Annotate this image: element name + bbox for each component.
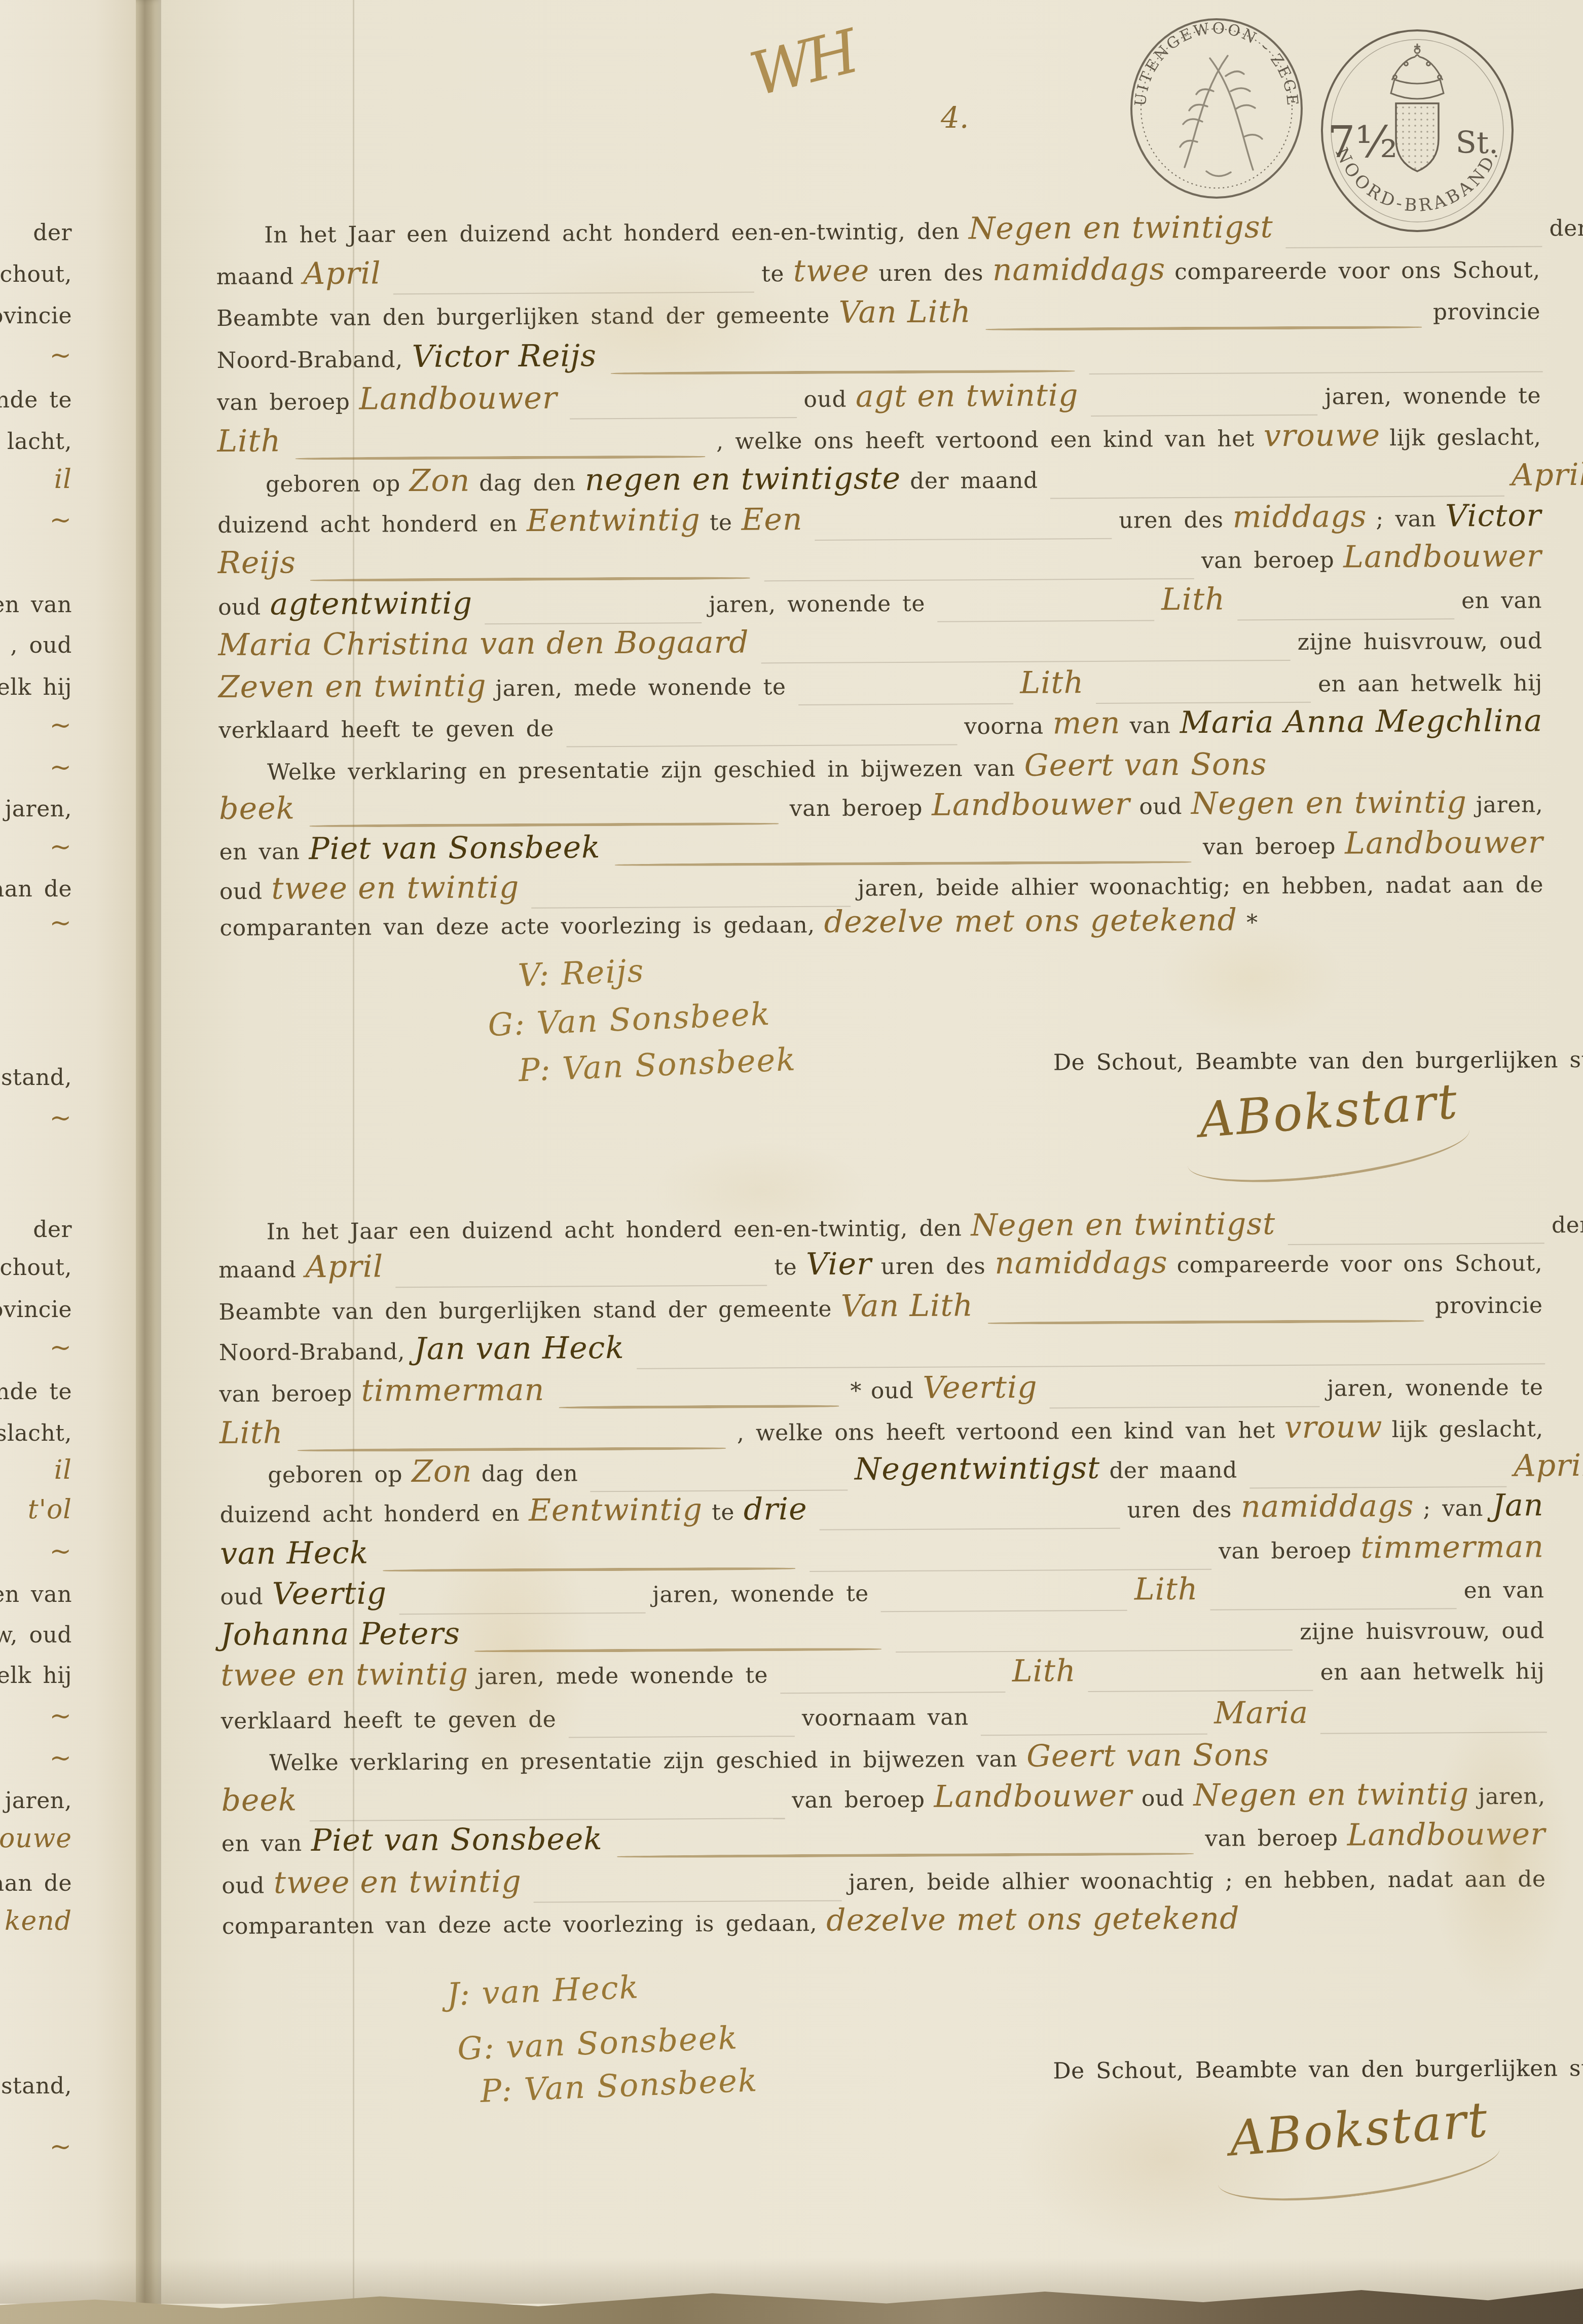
printed-text: uren des xyxy=(1127,1497,1232,1523)
margin-handwriting-fragment: ~ xyxy=(49,913,72,934)
handwritten-entry: Negen en twintigst xyxy=(971,1212,1275,1238)
margin-handwriting-fragment: ~ xyxy=(49,1108,72,1129)
ink-dash xyxy=(474,1647,881,1653)
form-line: verklaard heeft te geven devoornaam vanM… xyxy=(221,1699,1554,1744)
margin-handwriting-fragment: ~ xyxy=(49,345,72,366)
ruled-blank xyxy=(1320,1732,1547,1734)
margin-printed-fragment: lacht, xyxy=(7,429,72,455)
margin-printed-fragment: jaren, xyxy=(5,1788,72,1814)
printed-text: maand xyxy=(218,1257,296,1283)
form-line: In het Jaar een duizend acht honderd een… xyxy=(218,1210,1583,1255)
handwritten-entry: twee en twintig xyxy=(220,1662,468,1688)
form-line: oudtwee en twintigjaren, beide alhier wo… xyxy=(222,1864,1555,1908)
form-line: twee en twintigjaren, mede wonende teLit… xyxy=(220,1656,1554,1701)
handwritten-entry: namiddags xyxy=(1241,1494,1414,1519)
printed-text: en van xyxy=(222,1830,302,1857)
printed-text: dag den xyxy=(481,1460,578,1487)
printed-text: Beambte van den burgerlijken stand der g… xyxy=(218,1296,832,1325)
margin-handwriting-fragment: ~ xyxy=(49,510,72,531)
printed-text: jaren, beide alhier woonachtig ; en hebb… xyxy=(849,1866,1546,1895)
printed-text: uren des xyxy=(881,1253,986,1280)
margin-handwriting-fragment: il xyxy=(54,1460,72,1481)
margin-handwriting-fragment: ~ xyxy=(49,1541,72,1562)
printed-text: Welke verklaring en presentatie zijn ges… xyxy=(269,1746,1017,1776)
form-line: Johanna Peterszijne huisvrouw, oud xyxy=(220,1616,1554,1660)
printed-text: oud xyxy=(1142,1785,1185,1811)
printed-text: der maand xyxy=(1109,1457,1237,1484)
handwritten-entry: Johanna Peters xyxy=(220,1622,460,1647)
printed-text: jaren, wonende te xyxy=(1327,1374,1543,1401)
margin-printed-fragment: ovincie xyxy=(0,303,72,329)
handwritten-entry: dezelve met ons getekend xyxy=(826,1906,1240,1933)
margin-printed-fragment: der xyxy=(33,220,72,246)
form-line: van Heckvan beroeptimmerman xyxy=(220,1534,1553,1579)
handwritten-entry: Piet van Sonsbeek xyxy=(311,1827,603,1853)
ink-dash xyxy=(559,1405,839,1409)
ink-dash xyxy=(383,1567,795,1572)
handwritten-entry: Geert van Sons xyxy=(1026,1743,1269,1769)
handwritten-entry: vrouw xyxy=(1284,1415,1383,1440)
printed-text: oud xyxy=(222,1873,265,1899)
margin-printed-fragment: nde te xyxy=(0,1379,72,1405)
handwritten-entry: Vier xyxy=(806,1252,872,1277)
printed-text: jaren, wonende te xyxy=(652,1581,869,1607)
printed-text: en aan hetwelk hij xyxy=(1320,1658,1544,1685)
margin-printed-fragment: stand, xyxy=(1,2073,72,2099)
margin-handwriting-fragment: ~ xyxy=(49,1748,72,1769)
printed-text: oud xyxy=(220,1584,263,1610)
margin-handwriting-fragment: ouwe xyxy=(0,1828,72,1850)
handwritten-entry: Jan xyxy=(1492,1493,1544,1518)
margin-printed-fragment: stand, xyxy=(1,1065,72,1091)
printed-text: van beroep xyxy=(1219,1538,1352,1564)
handwritten-entry: Jan van Heck xyxy=(414,1336,624,1361)
ink-dash xyxy=(298,1447,726,1452)
printed-text: jaren, xyxy=(1478,1783,1545,1810)
handwritten-entry: Lith xyxy=(1012,1659,1076,1683)
binding-gutter xyxy=(136,0,161,2324)
ink-dash xyxy=(987,1320,1424,1325)
margin-printed-fragment: elk hij xyxy=(0,1663,72,1689)
printed-text: lijk geslacht, xyxy=(1391,1416,1543,1443)
printed-text: voornaam van xyxy=(802,1704,969,1731)
margin-printed-fragment: Schout, xyxy=(0,261,72,287)
ruled-blank xyxy=(310,1818,785,1821)
witness-signature: G: van Sonsbeek xyxy=(457,2019,739,2067)
handwritten-entry: beek xyxy=(221,1788,297,1813)
handwritten-entry: Landbouwer xyxy=(934,1784,1132,1809)
margin-handwriting-fragment: ~ xyxy=(49,837,72,858)
margin-printed-fragment: ovincie xyxy=(0,1297,72,1323)
ruled-blank xyxy=(896,1650,1293,1653)
handwritten-entry: Maria xyxy=(1214,1701,1308,1726)
form-line: en vanPiet van Sonsbeekvan beroepLandbou… xyxy=(222,1822,1555,1866)
handwritten-entry: Veertig xyxy=(272,1581,387,1606)
handwritten-entry: April xyxy=(1514,1453,1583,1478)
handwritten-entry: twee en twintig xyxy=(274,1869,522,1895)
margin-printed-fragment: aan de xyxy=(0,1870,72,1896)
handwritten-entry: Lith xyxy=(1134,1577,1198,1602)
facing-page-strip: derSchout,ovincie~nde telacht,il~en van,… xyxy=(0,0,136,2324)
handwritten-entry: Zon xyxy=(412,1459,472,1484)
margin-printed-fragment: en van xyxy=(0,1582,72,1607)
printed-text: ; van xyxy=(1423,1495,1483,1522)
margin-printed-fragment: der xyxy=(33,1217,72,1243)
handwritten-entry: Veertig xyxy=(923,1375,1037,1400)
margin-printed-fragment: w, oud xyxy=(0,1622,72,1648)
margin-handwriting-fragment: ~ xyxy=(49,1337,72,1359)
handwritten-entry: Negen en twintig xyxy=(1193,1782,1469,1808)
scanned-register-page: derSchout,ovincie~nde telacht,il~en van,… xyxy=(0,0,1583,2324)
printed-text: * xyxy=(850,1378,862,1404)
ruled-blank xyxy=(1050,1406,1320,1409)
ruled-blank xyxy=(1088,1690,1313,1692)
margin-handwriting-fragment: il xyxy=(54,469,72,491)
margin-printed-fragment: jaren, xyxy=(5,796,72,822)
ruled-blank xyxy=(820,1528,1120,1530)
handwritten-entry: drie xyxy=(744,1497,807,1522)
printed-text: In het Jaar een duizend acht honderd een… xyxy=(267,1215,962,1245)
margin-handwriting-fragment: ~ xyxy=(49,757,72,778)
form-line: duizend acht honderd enEentwintigtedrieu… xyxy=(219,1493,1553,1538)
handwritten-entry: Lith xyxy=(219,1420,283,1445)
form-line: Beambte van den burgerlijken stand der g… xyxy=(218,1290,1552,1335)
form-line: Noord-Braband,Jan van Heck xyxy=(219,1331,1552,1375)
printed-text: oud xyxy=(871,1378,914,1404)
printed-text: van beroep xyxy=(792,1787,925,1813)
ruled-blank xyxy=(881,1610,1127,1613)
handwritten-entry: Eentwintig xyxy=(529,1497,703,1523)
margin-handwriting-fragment: t'ol xyxy=(28,1500,72,1521)
official-signature: ABokstart xyxy=(1228,2091,1491,2167)
printed-text: verklaard heeft te geven de xyxy=(221,1707,557,1734)
witness-signature: P: Van Sonsbeek xyxy=(480,2061,758,2110)
facing-page-fragments: derSchout,ovincie~nde telacht,il~en van,… xyxy=(0,0,76,2324)
handwritten-entry: April xyxy=(305,1254,383,1279)
printed-text: te xyxy=(774,1254,797,1280)
printed-text: van beroep xyxy=(219,1381,352,1407)
ruled-blank xyxy=(395,1285,767,1288)
printed-text: geboren op xyxy=(268,1461,402,1488)
printed-text: der xyxy=(1552,1212,1583,1238)
margin-printed-fragment: aan de xyxy=(0,876,72,902)
ruled-blank xyxy=(780,1692,1005,1694)
ruled-blank xyxy=(590,1490,848,1492)
handwritten-entry: timmerman xyxy=(361,1378,545,1403)
form-line: oudVeertigjaren, wonende teLithen van xyxy=(220,1575,1553,1620)
ruled-blank xyxy=(1210,1608,1457,1610)
handwritten-entry: namiddags xyxy=(995,1250,1168,1276)
printed-text: Noord-Braband, xyxy=(219,1339,405,1366)
witness-signature: J: van Heck xyxy=(446,1968,640,2013)
form-line: comparanten van deze acte voorlezing is … xyxy=(222,1904,1555,1949)
printed-text: zijne huisvrouw, oud xyxy=(1300,1618,1544,1645)
margin-printed-fragment: slacht, xyxy=(0,1420,72,1446)
margin-handwriting-fragment: ~ xyxy=(49,1706,72,1727)
printed-text: te xyxy=(712,1500,734,1525)
margin-printed-fragment: nde te xyxy=(0,387,72,413)
margin-handwriting-fragment: kend xyxy=(5,1911,72,1932)
margin-handwriting-fragment: ~ xyxy=(49,2136,72,2158)
ruled-blank xyxy=(568,1736,795,1738)
ruled-blank xyxy=(534,1900,841,1903)
handwritten-entry: Landbouwer xyxy=(1347,1822,1545,1847)
margin-printed-fragment: en van xyxy=(0,592,72,618)
ruled-blank xyxy=(1287,1243,1544,1245)
printed-text: provincie xyxy=(1435,1292,1542,1319)
printed-text: en van xyxy=(1464,1577,1544,1603)
ruled-blank xyxy=(399,1613,645,1615)
margin-printed-fragment: , oud xyxy=(11,632,72,658)
printed-text: van beroep xyxy=(1205,1825,1338,1852)
printed-text: , welke ons heeft vertoond een kind van … xyxy=(737,1417,1275,1446)
printed-text: compareerde voor ons Schout, xyxy=(1176,1250,1542,1278)
margin-printed-fragment: elk hij xyxy=(0,674,72,700)
handwritten-entry: van Heck xyxy=(220,1541,369,1566)
printed-text: jaren, mede wonende te xyxy=(477,1662,768,1690)
handwritten-entry: Van Lith xyxy=(841,1293,973,1318)
margin-printed-fragment: Schout, xyxy=(0,1255,72,1281)
form-line: maandAprilteVieruren desnamiddagscompare… xyxy=(218,1248,1552,1293)
printed-text: comparanten van deze acte voorlezing is … xyxy=(222,1910,818,1939)
official-title: De Schout, Beambte van den burgerlijken … xyxy=(1053,2055,1583,2084)
ink-dash xyxy=(617,1852,1194,1858)
document-page: WH 4. BUITENGEWOON - ZEGEL xyxy=(161,0,1583,2324)
handwritten-entry: Negentwintigst xyxy=(855,1456,1100,1482)
margin-handwriting-fragment: ~ xyxy=(49,715,72,736)
ruled-blank xyxy=(637,1363,1545,1369)
printed-text: duizend acht honderd en xyxy=(219,1501,520,1528)
ruled-blank xyxy=(981,1734,1207,1736)
birth-act-2: In het Jaar een duizend acht honderd een… xyxy=(212,0,1583,2324)
handwritten-entry: timmerman xyxy=(1360,1534,1544,1560)
